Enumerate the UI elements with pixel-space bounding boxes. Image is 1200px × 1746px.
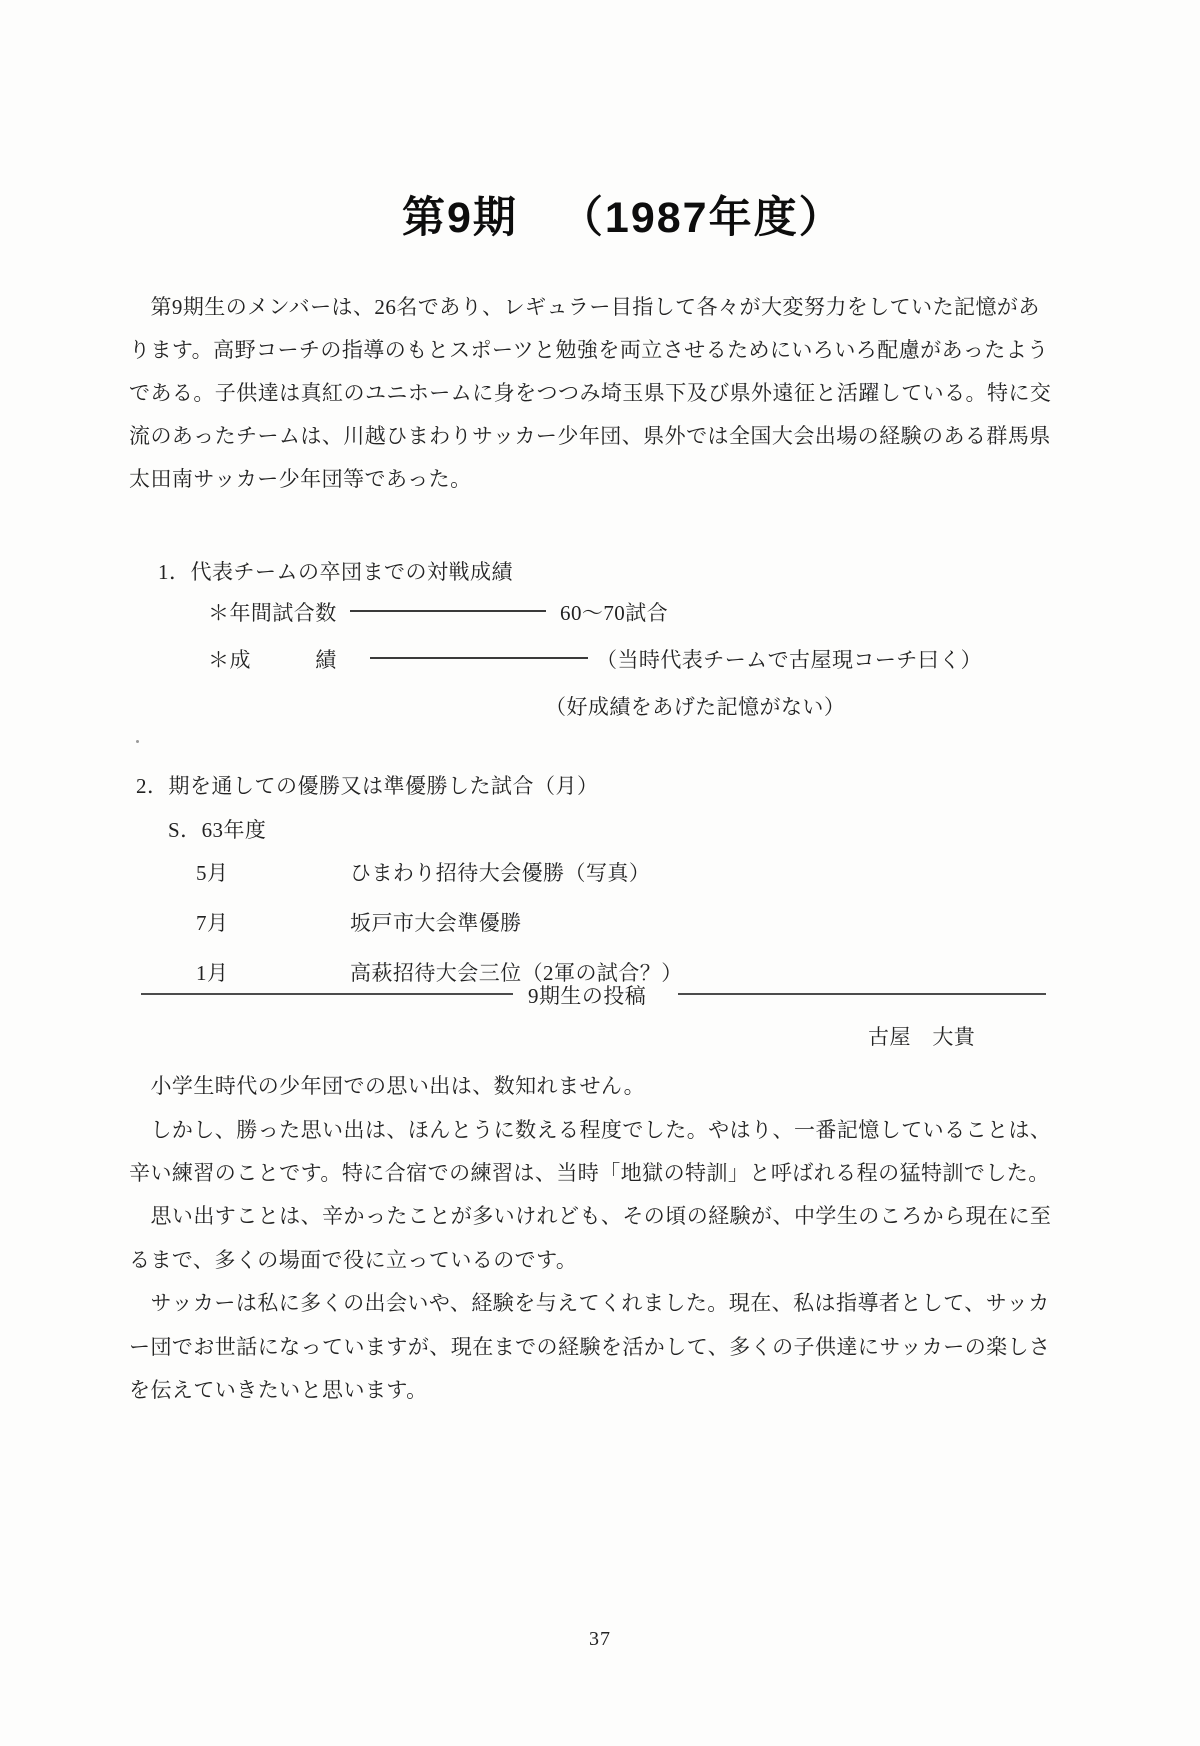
- essay-divider-label: 9期生の投稿: [528, 981, 646, 1011]
- result-text: ひまわり招待大会優勝（写真）: [350, 858, 650, 888]
- page-title-year: （1987年度）: [560, 184, 844, 245]
- section2-heading: 2．期を通しての優勝又は準優勝した試合（月）: [136, 770, 599, 800]
- intro-line: である。子供達は真紅のユニホームに身をつつみ埼玉県下及び県外遠征と活躍している。…: [129, 378, 1051, 408]
- era-label: S．63年度: [168, 815, 266, 845]
- leader-line: [370, 657, 588, 659]
- leader-line: [350, 610, 546, 612]
- record-note-1: （当時代表チームで古屋現コーチ曰く）: [596, 645, 982, 675]
- author-name: 古屋 大貴: [868, 1022, 975, 1052]
- page-title-term: 第9期: [402, 184, 518, 245]
- essay-line: 辛い練習のことです。特に合宿での練習は、当時「地獄の特訓」と呼ばれる程の猛特訓で…: [129, 1158, 1050, 1188]
- page-number: 37: [0, 1628, 1200, 1651]
- intro-line: 流のあったチームは、川越ひまわりサッカー少年団、県外では全国大会出場の経験のある…: [129, 421, 1051, 451]
- divider-line-right: [678, 993, 1046, 995]
- scan-speck: [136, 740, 139, 743]
- essay-line: を伝えていきたいと思います。: [129, 1375, 428, 1405]
- essay-line: サッカーは私に多くの出会いや、経験を与えてくれました。現在、私は指導者として、サ…: [129, 1288, 1050, 1318]
- essay-line: 思い出すことは、辛かったことが多いけれども、その頃の経験が、中学生のころから現在…: [129, 1201, 1051, 1231]
- intro-line: 太田南サッカー少年団等であった。: [129, 464, 472, 494]
- essay-line: しかし、勝った思い出は、ほんとうに数える程度でした。やはり、一番記憶していること…: [129, 1115, 1051, 1145]
- month-label: 7月: [196, 908, 228, 938]
- essay-line: ー団でお世話になっていますが、現在までの経験を活かして、多くの子供達にサッカーの…: [129, 1332, 1051, 1362]
- result-text: 坂戸市大会準優勝: [350, 908, 522, 938]
- section1-heading: 1．代表チームの卒団までの対戦成績: [158, 556, 513, 586]
- intro-line: 第9期生のメンバーは、26名であり、レギュラー目指して各々が大変努力をしていた記…: [129, 292, 1040, 322]
- essay-line: るまで、多くの場面で役に立っているのです。: [129, 1245, 577, 1275]
- page-title: 第9期 （1987年度）: [402, 184, 844, 245]
- month-label: 1月: [196, 958, 228, 988]
- essay-line: 小学生時代の少年団での思い出は、数知れません。: [129, 1071, 645, 1101]
- divider-line-left: [141, 993, 513, 995]
- match-count-value: 60～70試合: [560, 598, 668, 628]
- document-page: 第9期 （1987年度） 第9期生のメンバーは、26名であり、レギュラー目指して…: [0, 0, 1200, 1746]
- intro-line: ります。高野コーチの指導のもとスポーツと勉強を両立させるためにいろいろ配慮があっ…: [129, 335, 1049, 365]
- month-label: 5月: [196, 858, 228, 888]
- record-label: ＊成 績: [208, 645, 337, 675]
- match-count-label: ＊年間試合数: [208, 598, 337, 628]
- record-note-2: （好成績をあげた記憶がない）: [545, 692, 845, 722]
